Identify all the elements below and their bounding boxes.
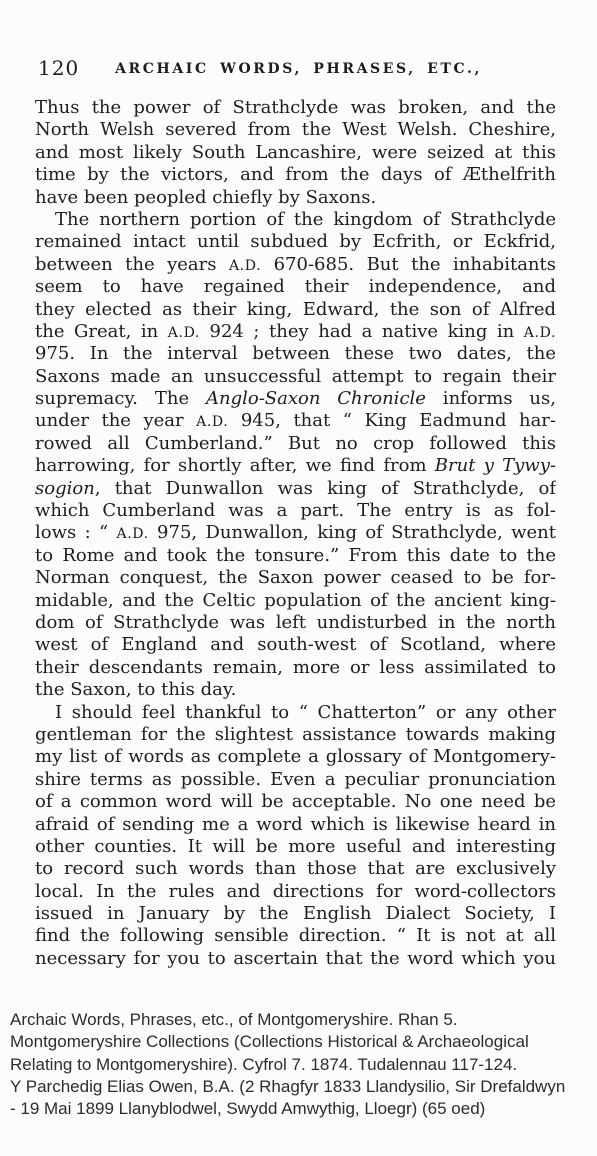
text-line: to record such words than those that are…	[35, 858, 556, 880]
text-line: I should feel thankful to “ Chatterton” …	[35, 702, 556, 724]
text-line: they elected as their king, Edward, the …	[35, 299, 556, 321]
text-line: supremacy. The Anglo-Saxon Chronicle inf…	[35, 388, 556, 410]
text-line: have been peopled chiefly by Saxons.	[35, 187, 556, 209]
text-line: their descendants remain, more or less a…	[35, 657, 556, 679]
text-line: rowed all Cumberland.” But no crop follo…	[35, 433, 556, 455]
text-line: under the year A.D. 945, that “ King Ead…	[35, 410, 556, 432]
caption-line: Y Parchedig Elias Owen, B.A. (2 Rhagfyr …	[10, 1076, 590, 1098]
text-line: necessary for you to ascertain that the …	[35, 948, 556, 970]
caption-line: Montgomeryshire Collections (Collections…	[10, 1031, 590, 1053]
text-line: seem to have regained their independence…	[35, 276, 556, 298]
running-title: ARCHAIC WORDS, PHRASES, ETC.,	[0, 61, 597, 77]
caption-line: - 19 Mai 1899 Llanyblodwel, Swydd Amwyth…	[10, 1098, 590, 1120]
text-line: my list of words as complete a glossary …	[35, 746, 556, 768]
text-line: North Welsh severed from the West Welsh.…	[35, 119, 556, 141]
text-line: harrowing, for shortly after, we find fr…	[35, 455, 556, 477]
caption-line: Relating to Montgomeryshire). Cyfrol 7. …	[10, 1054, 590, 1076]
text-line: afraid of sending me a word which is lik…	[35, 814, 556, 836]
text-line: find the following sensible direction. “…	[35, 925, 556, 947]
text-line: 975. In the interval between these two d…	[35, 343, 556, 365]
text-line: west of England and south-west of Scotla…	[35, 634, 556, 656]
text-line: time by the victors, and from the days o…	[35, 164, 556, 186]
text-line: shire terms as possible. Even a peculiar…	[35, 769, 556, 791]
text-line: issued in January by the English Dialect…	[35, 903, 556, 925]
text-line: other counties. It will be more useful a…	[35, 836, 556, 858]
body-text: Thus the power of Strathclyde was broken…	[35, 97, 556, 970]
text-line: Norman conquest, the Saxon power ceased …	[35, 567, 556, 589]
text-line: gentleman for the slightest assistance t…	[35, 724, 556, 746]
text-line: Thus the power of Strathclyde was broken…	[35, 97, 556, 119]
text-line: between the years A.D. 670-685. But the …	[35, 254, 556, 276]
text-line: the Saxon, to this day.	[35, 679, 556, 701]
text-line: and most likely South Lancashire, were s…	[35, 142, 556, 164]
text-line: remained intact until subdued by Ecfrith…	[35, 231, 556, 253]
text-line: midable, and the Celtic population of th…	[35, 590, 556, 612]
text-line: sogion, that Dunwallon was king of Strat…	[35, 478, 556, 500]
text-line: local. In the rules and directions for w…	[35, 881, 556, 903]
text-line: dom of Strathclyde was left undisturbed …	[35, 612, 556, 634]
text-line: which Cumberland was a part. The entry i…	[35, 500, 556, 522]
text-line: The northern portion of the kingdom of S…	[35, 209, 556, 231]
text-line: to Rome and took the tonsure.” From this…	[35, 545, 556, 567]
caption: Archaic Words, Phrases, etc., of Montgom…	[10, 1009, 590, 1120]
caption-line: Archaic Words, Phrases, etc., of Montgom…	[10, 1009, 590, 1031]
book-page-scan: 120 ARCHAIC WORDS, PHRASES, ETC., Thus t…	[0, 0, 597, 1156]
text-line: lows : “ A.D. 975, Dunwallon, king of St…	[35, 522, 556, 544]
text-line: the Great, in A.D. 924 ; they had a nati…	[35, 321, 556, 343]
text-line: of a common word will be acceptable. No …	[35, 791, 556, 813]
text-line: Saxons made an unsuccessful attempt to r…	[35, 366, 556, 388]
